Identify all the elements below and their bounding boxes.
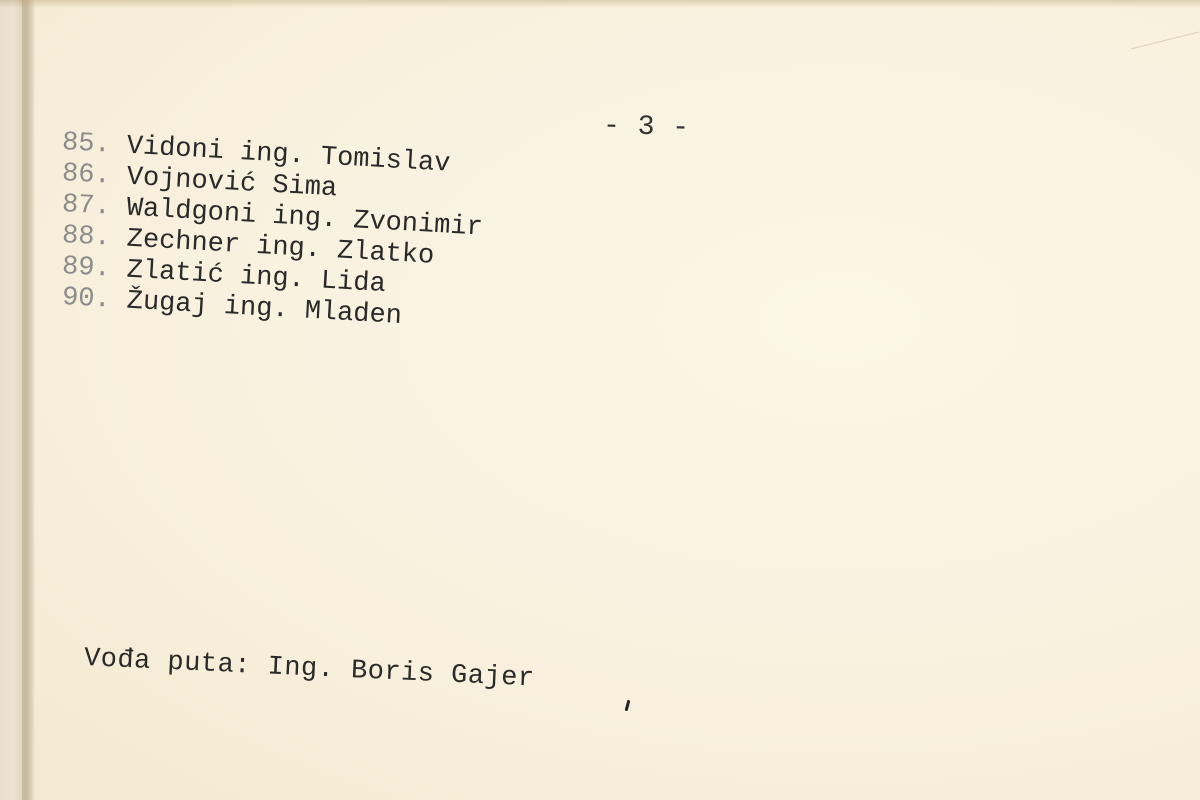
gutter-shadow (22, 0, 36, 800)
paper-crease (1131, 32, 1199, 50)
page-top-edge (0, 0, 1200, 8)
trip-leader-signature-line: Vođa puta: Ing. Boris Gajer (83, 644, 535, 694)
item-number: 88. (61, 221, 111, 254)
item-number: 86. (61, 159, 111, 192)
paper-page: - 3 - 85. Vidoni ing. Tomislav 86. Vojno… (0, 0, 1200, 800)
item-number: 87. (61, 190, 111, 223)
page-number: - 3 - (603, 111, 690, 144)
item-number: 85. (61, 128, 111, 161)
ink-mark (625, 700, 631, 711)
item-number: 90. (61, 283, 111, 316)
item-number: 89. (61, 252, 111, 285)
participant-list: 85. Vidoni ing. Tomislav 86. Vojnović Si… (62, 128, 483, 314)
